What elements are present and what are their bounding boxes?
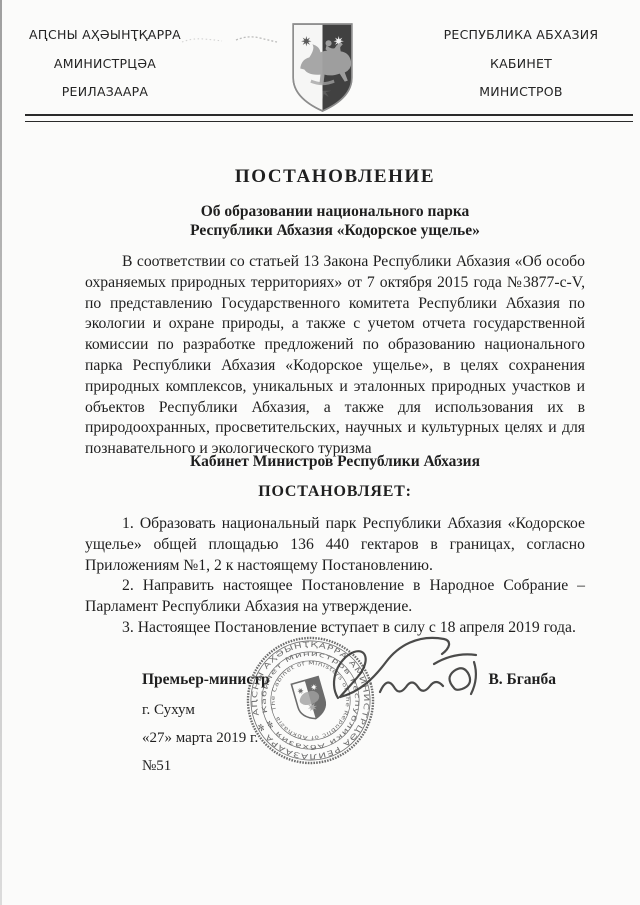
issuing-authority-line: Кабинет Министров Республики Абхазия <box>85 453 585 471</box>
letterhead-left-line3: РЕИЛАЗААРА <box>24 84 186 99</box>
resolution-items: 1. Образовать национальный парк Республи… <box>85 514 585 639</box>
letterhead-left-line2: АМИНИСТРЦӘА <box>24 56 186 71</box>
document-number: №51 <box>142 758 171 775</box>
document-subject: Об образовании национального парка Респу… <box>85 202 585 240</box>
scan-edge-artifact <box>0 0 2 905</box>
letterhead-left-abkhaz: АԤСНЫ АҲӘЫНҬҚАРРА АМИНИСТРЦӘА РЕИЛАЗААРА <box>24 27 186 99</box>
letterhead-right-line2: КАБИНЕТ <box>438 56 604 71</box>
resolves-heading: ПОСТАНОВЛЯЕТ: <box>85 483 585 501</box>
decree-document-page: АԤСНЫ АҲӘЫНҬҚАРРА АМИНИСТРЦӘА РЕИЛАЗААРА… <box>0 0 640 905</box>
abkhazia-coat-of-arms-icon <box>289 21 356 114</box>
signature-date: «27» марта 2019 г. <box>142 730 258 747</box>
subject-line2: Республики Абхазия «Кодорское ущелье» <box>85 221 585 240</box>
pencil-smudge-marks <box>178 30 283 50</box>
letterhead-right-line1: РЕСПУБЛИКА АБХАЗИЯ <box>438 27 604 42</box>
resolution-item-2: 2. Направить настоящее Постановление в Н… <box>85 576 585 618</box>
letterhead-left-line1: АԤСНЫ АҲӘЫНҬҚАРРА <box>24 27 186 42</box>
signer-name: В. Бганба <box>488 671 556 689</box>
signature-city: г. Сухум <box>142 702 195 719</box>
letterhead-right-line3: МИНИСТРОВ <box>438 84 604 99</box>
preamble-paragraph: В соответствии со статьей 13 Закона Респ… <box>85 252 585 460</box>
document-title: ПОСТАНОВЛЕНИЕ <box>85 166 585 188</box>
letterhead-divider-rule <box>25 114 633 122</box>
handwritten-signature <box>316 630 491 710</box>
letterhead-right-russian: РЕСПУБЛИКА АБХАЗИЯ КАБИНЕТ МИНИСТРОВ <box>438 27 604 99</box>
resolution-item-1: 1. Образовать национальный парк Республи… <box>85 514 585 576</box>
subject-line1: Об образовании национального парка <box>85 202 585 221</box>
